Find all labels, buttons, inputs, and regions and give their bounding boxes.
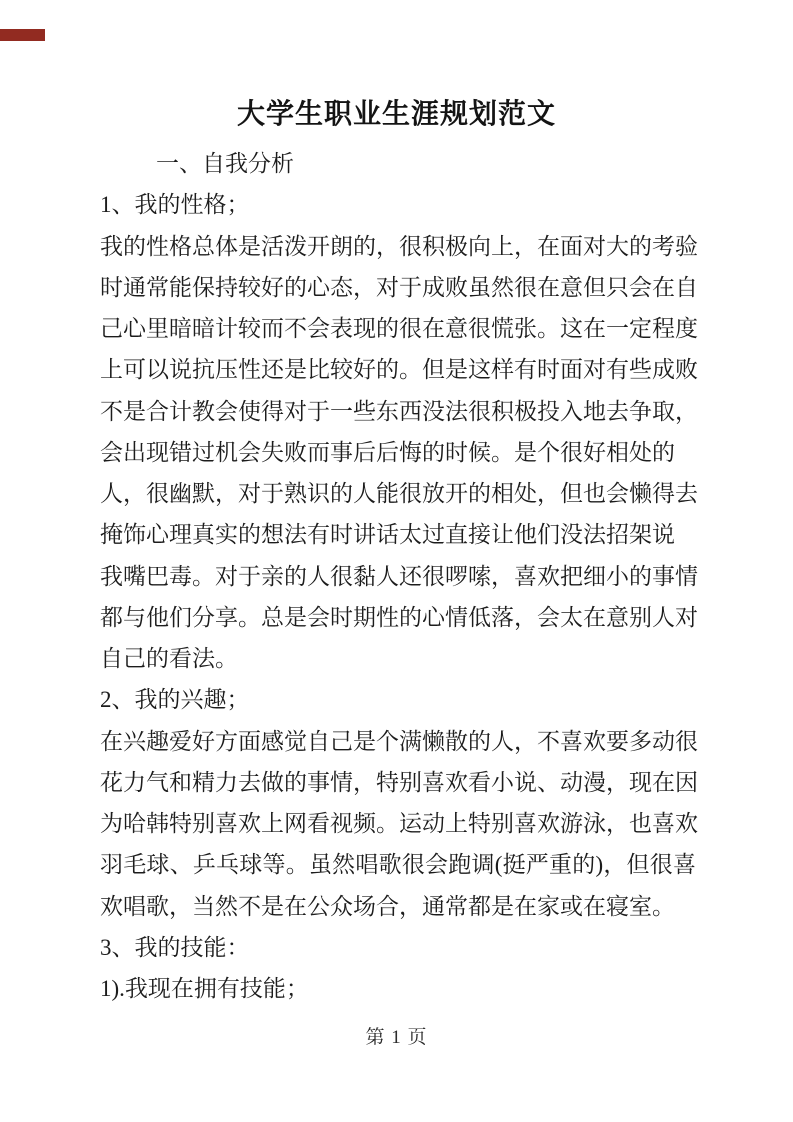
- page-number: 第 1 页: [0, 1022, 793, 1049]
- text-line: 羽毛球、乒乓球等。虽然唱歌很会跑调(挺严重的)，但很喜: [100, 844, 696, 885]
- text-line: 花力气和精力去做的事情，特别喜欢看小说、动漫，现在因: [100, 762, 696, 803]
- text-line: 上可以说抗压性还是比较好的。但是这样有时面对有些成败: [100, 349, 696, 390]
- document-page: 大学生职业生涯规划范文 一、自我分析1、我的性格；我的性格总体是活泼开朗的，很积…: [0, 0, 793, 1122]
- text-line: 欢唱歌，当然不是在公众场合，通常都是在家或在寝室。: [100, 886, 696, 927]
- subheading: 2、我的兴趣；: [100, 679, 696, 720]
- document-title: 大学生职业生涯规划范文: [0, 92, 793, 132]
- text-line: 人，很幽默，对于熟识的人能很放开的相处，但也会懒得去: [100, 473, 696, 514]
- text-line: 都与他们分享。总是会时期性的心情低落，会太在意别人对: [100, 597, 696, 638]
- text-line: 己心里暗暗计较而不会表现的很在意很慌张。这在一定程度: [100, 308, 696, 349]
- document-body: 一、自我分析1、我的性格；我的性格总体是活泼开朗的，很积极向上，在面对大的考验时…: [100, 143, 696, 1009]
- section-heading: 一、自我分析: [100, 143, 696, 184]
- subheading: 1、我的性格；: [100, 184, 696, 225]
- text-line: 我嘴巴毒。对于亲的人很黏人还很啰嗦，喜欢把细小的事情: [100, 556, 696, 597]
- text-line: 在兴趣爱好方面感觉自己是个满懒散的人，不喜欢要多动很: [100, 721, 696, 762]
- subheading: 3、我的技能：: [100, 927, 696, 968]
- text-line: 自己的看法。: [100, 638, 696, 679]
- text-line: 掩饰心理真实的想法有时讲话太过直接让他们没法招架说: [100, 514, 696, 555]
- text-line: 为哈韩特别喜欢上网看视频。运动上特别喜欢游泳，也喜欢: [100, 803, 696, 844]
- subheading: 1).我现在拥有技能；: [100, 968, 696, 1009]
- text-line: 我的性格总体是活泼开朗的，很积极向上，在面对大的考验: [100, 226, 696, 267]
- text-line: 不是合计教会使得对于一些东西没法很积极投入地去争取，: [100, 391, 696, 432]
- text-line: 会出现错过机会失败而事后后悔的时候。是个很好相处的: [100, 432, 696, 473]
- red-accent-bar: [0, 29, 45, 41]
- text-line: 时通常能保持较好的心态，对于成败虽然很在意但只会在自: [100, 267, 696, 308]
